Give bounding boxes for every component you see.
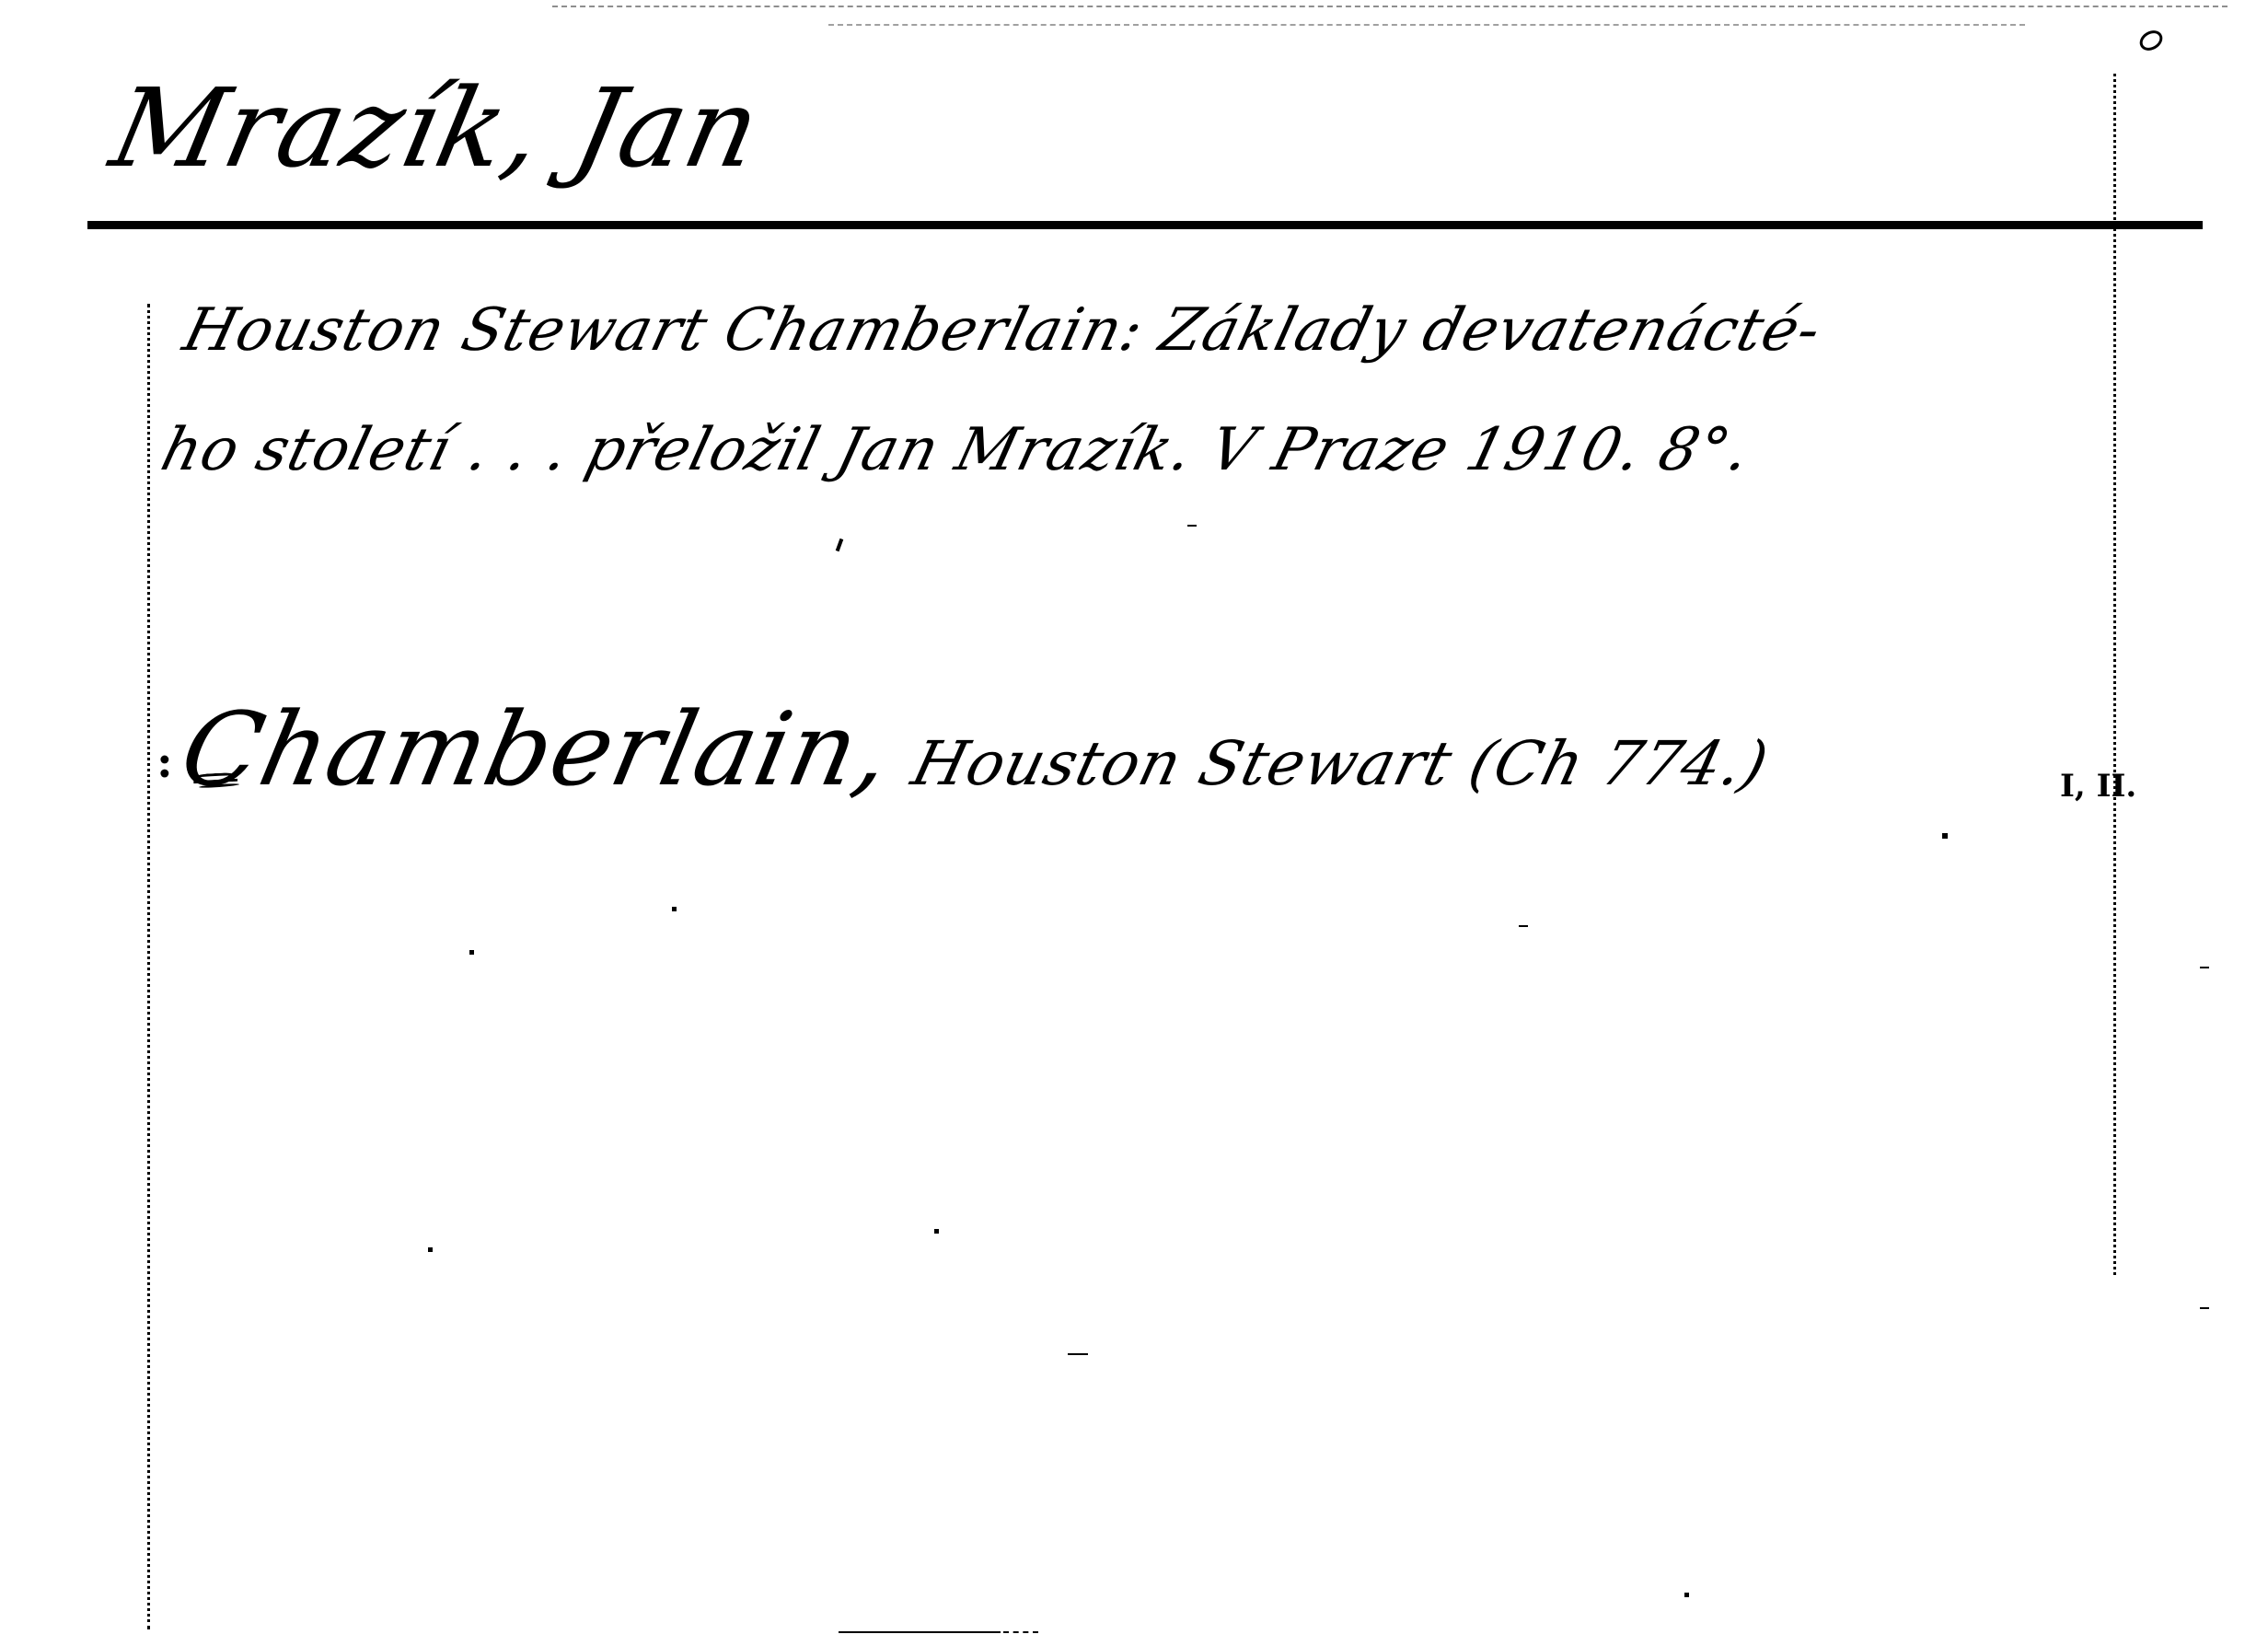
ink-speck xyxy=(1684,1593,1689,1597)
scan-noise-top-2 xyxy=(828,24,2025,28)
scan-noise-top xyxy=(552,6,2227,35)
entry-main-name: Chamberlain, xyxy=(171,690,902,808)
bottom-dashes xyxy=(1003,1631,1038,1633)
bottom-rule xyxy=(839,1631,1001,1633)
entry-rest-name: Houston Stewart (Ch 774.) xyxy=(905,728,1776,799)
left-dotted-margin xyxy=(147,304,150,1629)
subject-entry: Chamberlain, Houston Stewart (Ch 774.) xyxy=(184,690,1766,808)
ink-speck xyxy=(1519,925,1528,927)
ink-speck xyxy=(2200,1307,2209,1309)
ink-speck xyxy=(469,950,474,955)
heading-rule-divider xyxy=(87,221,2203,229)
ink-speck xyxy=(836,539,844,552)
catalog-card: Mrazík, Jan Houston Stewart Chamberlain:… xyxy=(0,0,2268,1646)
description-line-1: Houston Stewart Chamberlain: Základy dev… xyxy=(177,296,1828,365)
card-heading: Mrazík, Jan xyxy=(101,64,771,191)
ink-speck xyxy=(1068,1353,1088,1355)
entry-prefix-mark: : xyxy=(156,736,173,788)
description-line-2: ho století . . . přeložil Jan Mrazík. V … xyxy=(155,416,1757,484)
ink-speck xyxy=(672,907,677,911)
ink-speck xyxy=(1187,525,1197,527)
volume-numbers: I, II. xyxy=(2060,768,2136,805)
ink-speck xyxy=(2200,967,2209,968)
ink-speck xyxy=(1942,833,1948,839)
ink-speck xyxy=(428,1247,433,1252)
right-dotted-margin xyxy=(2113,74,2116,1275)
ink-speck xyxy=(934,1229,939,1234)
